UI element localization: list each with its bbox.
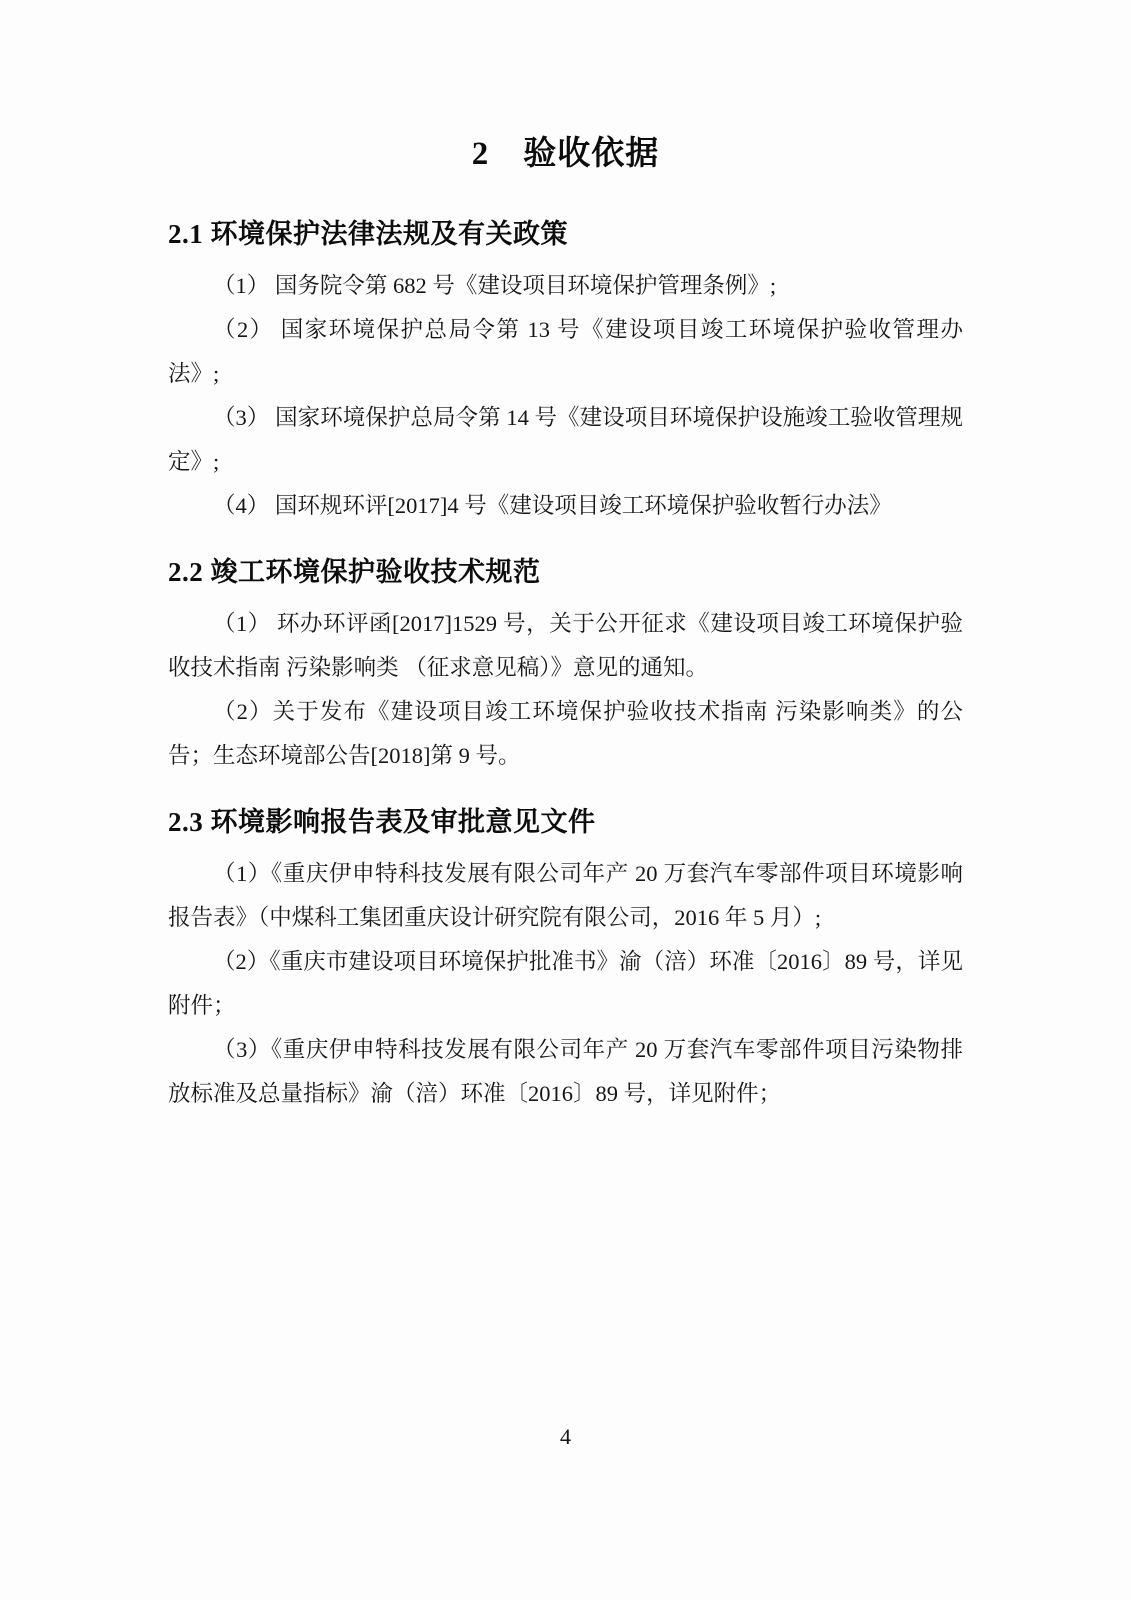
- page-number: 4: [0, 1424, 1131, 1450]
- section-legal-policies: 2.1 环境保护法律法规及有关政策 （1） 国务院令第 682 号《建设项目环境…: [168, 216, 963, 528]
- section-2-1-heading: 2.1 环境保护法律法规及有关政策: [168, 216, 963, 252]
- list-item-2-1-1: （1） 国务院令第 682 号《建设项目环境保护管理条例》;: [168, 264, 963, 308]
- list-item-2-2-1: （1） 环办环评函[2017]1529 号，关于公开征求《建设项目竣工环境保护验…: [168, 602, 963, 690]
- list-item-2-1-4: （4） 国环规环评[2017]4 号《建设项目竣工环境保护验收暂行办法》: [168, 484, 963, 528]
- list-item-2-3-2: （2）《重庆市建设项目环境保护批准书》渝（涪）环准〔2016〕89 号，详见附件…: [168, 940, 963, 1028]
- list-item-2-1-2: （2） 国家环境保护总局令第 13 号《建设项目竣工环境保护验收管理办法》;: [168, 308, 963, 396]
- list-item-2-2-2: （2）关于发布《建设项目竣工环境保护验收技术指南 污染影响类》的公告；生态环境部…: [168, 690, 963, 778]
- section-acceptance-technical-specs: 2.2 竣工环境保护验收技术规范 （1） 环办环评函[2017]1529 号，关…: [168, 554, 963, 778]
- list-item-2-1-3: （3） 国家环境保护总局令第 14 号《建设项目环境保护设施竣工验收管理规定》;: [168, 396, 963, 484]
- list-item-2-3-1: （1）《重庆伊申特科技发展有限公司年产 20 万套汽车零部件项目环境影响报告表》…: [168, 852, 963, 940]
- list-item-2-3-3: （3）《重庆伊申特科技发展有限公司年产 20 万套汽车零部件项目污染物排放标准及…: [168, 1028, 963, 1116]
- document-title: 2 验收依据: [168, 134, 963, 174]
- section-2-3-heading: 2.3 环境影响报告表及审批意见文件: [168, 804, 963, 840]
- document-page: 2 验收依据 2.1 环境保护法律法规及有关政策 （1） 国务院令第 682 号…: [0, 0, 1131, 1600]
- section-2-2-heading: 2.2 竣工环境保护验收技术规范: [168, 554, 963, 590]
- section-eia-report-approval-docs: 2.3 环境影响报告表及审批意见文件 （1）《重庆伊申特科技发展有限公司年产 2…: [168, 804, 963, 1116]
